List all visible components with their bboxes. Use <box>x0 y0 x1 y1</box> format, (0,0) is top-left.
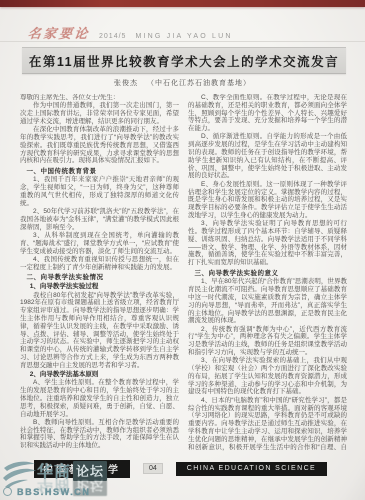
paragraph-body: B、教师向导性原则。互相合作是教学活动重要的社会性特征，在教学活动中，教师作为组… <box>20 419 179 450</box>
paragraph-body: 我校自80年代初发起“向导教学法”教学改革实验，1982年在原有市级课题基础上送… <box>20 292 179 370</box>
watermark-url: BBS.HSW.CN <box>17 487 91 497</box>
byline: 张俊杰 （中石化江苏石油教育基地） <box>0 78 365 88</box>
paragraph-h1: 三、向导教学法实验的意义 <box>188 270 347 278</box>
paragraph-h1: 一、中国传统教育背景 <box>20 168 179 176</box>
article-title: 在第11届世界比较教育学术大会上的学术交流发言 <box>29 52 339 70</box>
paragraph-body: 作为中国的普通教师，我们第一次走出国门，第一次走上国际教育讲坛，非常荣幸同各位专… <box>20 102 179 125</box>
page-number: 04 <box>143 463 163 474</box>
journal-pinyin-label: MING JIA YAO LUN <box>135 33 232 40</box>
issue-label: 2014/5 <box>99 33 126 40</box>
title-banner: 在第11届世界比较教育学术大会上的学术交流发言 <box>22 47 346 74</box>
paragraph-body: 1、我国千百年来家家户户推崇“天地君亲师”的观念，学生视师如父，“一日为师，终身… <box>20 176 179 207</box>
page-header: 名家要论 2014/5 MING JIA YAO LUN <box>28 23 347 42</box>
paragraph-body: D、循序渐进性原则。自学能力的形成是一个由低到高逐步发展的过程，是学生在学习活动… <box>188 133 347 180</box>
paragraph-body: C、教学全面性原则。在教学过程中，无论是现在的基础教育，还是相关的职业教育，都必… <box>188 94 347 133</box>
paragraph-h2: 2、向导教学法基本原则 <box>20 371 179 379</box>
paragraph-body: 在深化中国教育体制改革的浪潮推动下，经过十多年的教学实践思考，我们进行了“向导教… <box>20 126 179 165</box>
paragraph-greeting: 尊敬的主席先生、各位女士/先生： <box>20 94 179 102</box>
paragraph-body: A、学生主体性原则。在整个教育教学过程中，学生的发展是教育的中心和目的，学生始终… <box>20 379 179 418</box>
journal-section-label: 名家要论 <box>27 23 91 42</box>
author-affiliation: （中石化江苏石油教育基地） <box>147 80 251 87</box>
paragraph-h2: 1、向导教学法实验过程 <box>20 283 179 291</box>
author-name: 张俊杰 <box>114 80 138 87</box>
header-divider <box>0 41 365 42</box>
journal-name-en-bar: CHINA EDUCATION SCIENCE <box>176 462 327 476</box>
paragraph-h1: 二、向导教学法实验情况 <box>20 274 179 282</box>
paragraph-body: 2、50年代学习前苏联“凯洛夫”的“五段教学法”，在我国各地被奉为“金科玉律”，… <box>20 208 179 231</box>
paragraph-body: 1、早在80年代兴起的“合作教育”思潮表明，世界教育民主化潮流不可阻挡。向导教育… <box>188 278 347 325</box>
paragraph-body: 3、向导教学法实验证明了向导教育思想的可行性。教学过程形成了四个基本环节：自学辅… <box>188 220 347 267</box>
paragraph-body: 3、在向导教学法实验探索的基础上，我们从中观（学校）和宏观（社会）两个方面进行了… <box>188 357 347 396</box>
paragraph-body: 4、我国传统教育重视知识传授与思想统一，但在一定程度上制约了青少年创新精神和实践… <box>20 256 179 272</box>
scanned-page: 名家要论 2014/5 MING JIA YAO LUN 在第11届世界比较教育… <box>0 0 365 500</box>
article-body: 尊敬的主席先生、各位女士/先生：作为中国的普通教师，我们第一次走出国门，第一次走… <box>20 94 347 456</box>
paragraph-body: 2、传统教育强调“教师为中心”，近代西方教育流行“学生为中心”，两种理念各有失之… <box>188 326 347 357</box>
top-red-strip <box>0 0 365 7</box>
paragraph-body: E、身心发展性原则。这一原则体现了一种教学评估理念和学生发展定位的定义。掌握教学… <box>188 181 347 220</box>
watermark-circle-icon <box>3 487 12 496</box>
paragraph-body: 3、从科举制度到现在全国统考，单向灌输的教育、“题海战术”盛行，课堂教学方式单一… <box>20 232 179 255</box>
